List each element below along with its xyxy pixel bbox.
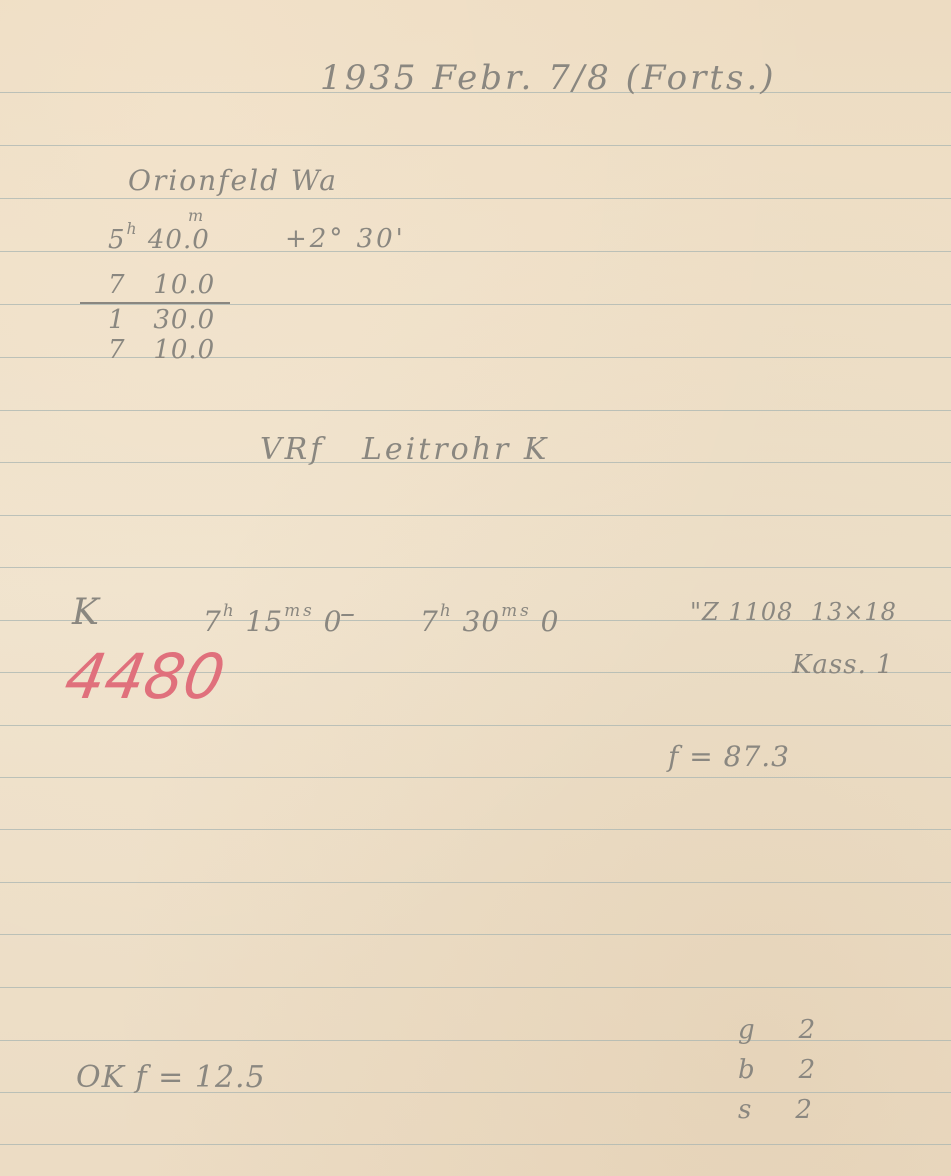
focus-value: f = 87.3 xyxy=(668,740,790,773)
ruled-line xyxy=(0,410,951,411)
ruled-line xyxy=(0,198,951,199)
coordinates-row: 5h 40.0 xyxy=(108,220,210,255)
ruled-line xyxy=(0,145,951,146)
exposure-end: 7h 30ms 0 xyxy=(420,600,559,638)
ruled-line xyxy=(0,882,951,883)
ruled-line xyxy=(0,725,951,726)
rating-symbol: s xyxy=(738,1095,751,1125)
exposure-separator: – xyxy=(340,596,356,631)
field-title: Orionfeld Wa xyxy=(128,164,338,197)
minutes-superscript: m xyxy=(501,600,518,620)
rating-symbol: b xyxy=(738,1055,755,1085)
end-hours: 7 xyxy=(420,605,439,638)
calc-line-3: 1 30.0 xyxy=(108,305,215,335)
rating-symbol: g xyxy=(738,1015,755,1045)
seconds-superscript: s xyxy=(303,600,313,620)
calc-line-2: 7 10.0 xyxy=(108,270,215,300)
rating-value: 2 xyxy=(799,1015,816,1045)
hours-superscript: h xyxy=(127,220,138,238)
minutes-superscript: m xyxy=(284,600,301,620)
rating-value: 2 xyxy=(799,1055,816,1085)
ruled-line xyxy=(0,829,951,830)
plate-number: 4480 xyxy=(60,640,231,713)
exposure-start: 7h 15ms 0 xyxy=(203,600,342,638)
ruled-line xyxy=(0,567,951,568)
declination: +2° 30' xyxy=(285,224,406,254)
ruled-line xyxy=(0,515,951,516)
exposure-label: K xyxy=(72,592,100,633)
cassette-label: Kass. 1 xyxy=(792,650,894,680)
hours-superscript: h xyxy=(440,600,452,620)
start-minutes: 15 xyxy=(246,605,284,638)
rating-row: g 2 xyxy=(738,1010,815,1050)
rating-row: b 2 xyxy=(738,1050,815,1090)
hours-superscript: h xyxy=(223,600,235,620)
seconds-superscript: s xyxy=(520,600,530,620)
ruled-line xyxy=(0,1144,951,1145)
plate-info: "Z 1108 13×18 xyxy=(690,598,897,626)
ruled-line xyxy=(0,934,951,935)
calc-line-4: 7 10.0 xyxy=(108,335,215,365)
minutes-superscript: m xyxy=(188,206,204,225)
quality-ratings: g 2 b 2 s 2 xyxy=(738,1010,815,1130)
sum-line xyxy=(80,302,230,304)
eyepiece-focal-length: OK f = 12.5 xyxy=(76,1060,266,1095)
start-hours: 7 xyxy=(203,605,222,638)
ra-minutes: 40.0 xyxy=(148,225,210,255)
rating-row: s 2 xyxy=(738,1090,815,1130)
ruled-line xyxy=(0,987,951,988)
ra-hours: 5 xyxy=(108,225,126,255)
notebook-page: 1935 Febr. 7/8 (Forts.) Orionfeld Wa 5h … xyxy=(0,0,951,1176)
rating-value: 2 xyxy=(795,1095,812,1125)
page-date-heading: 1935 Febr. 7/8 (Forts.) xyxy=(320,58,777,98)
end-seconds: 0 xyxy=(541,605,560,638)
end-minutes: 30 xyxy=(463,605,501,638)
ruled-line xyxy=(0,777,951,778)
instrument-label: VRf Leitrohr K xyxy=(260,432,549,467)
